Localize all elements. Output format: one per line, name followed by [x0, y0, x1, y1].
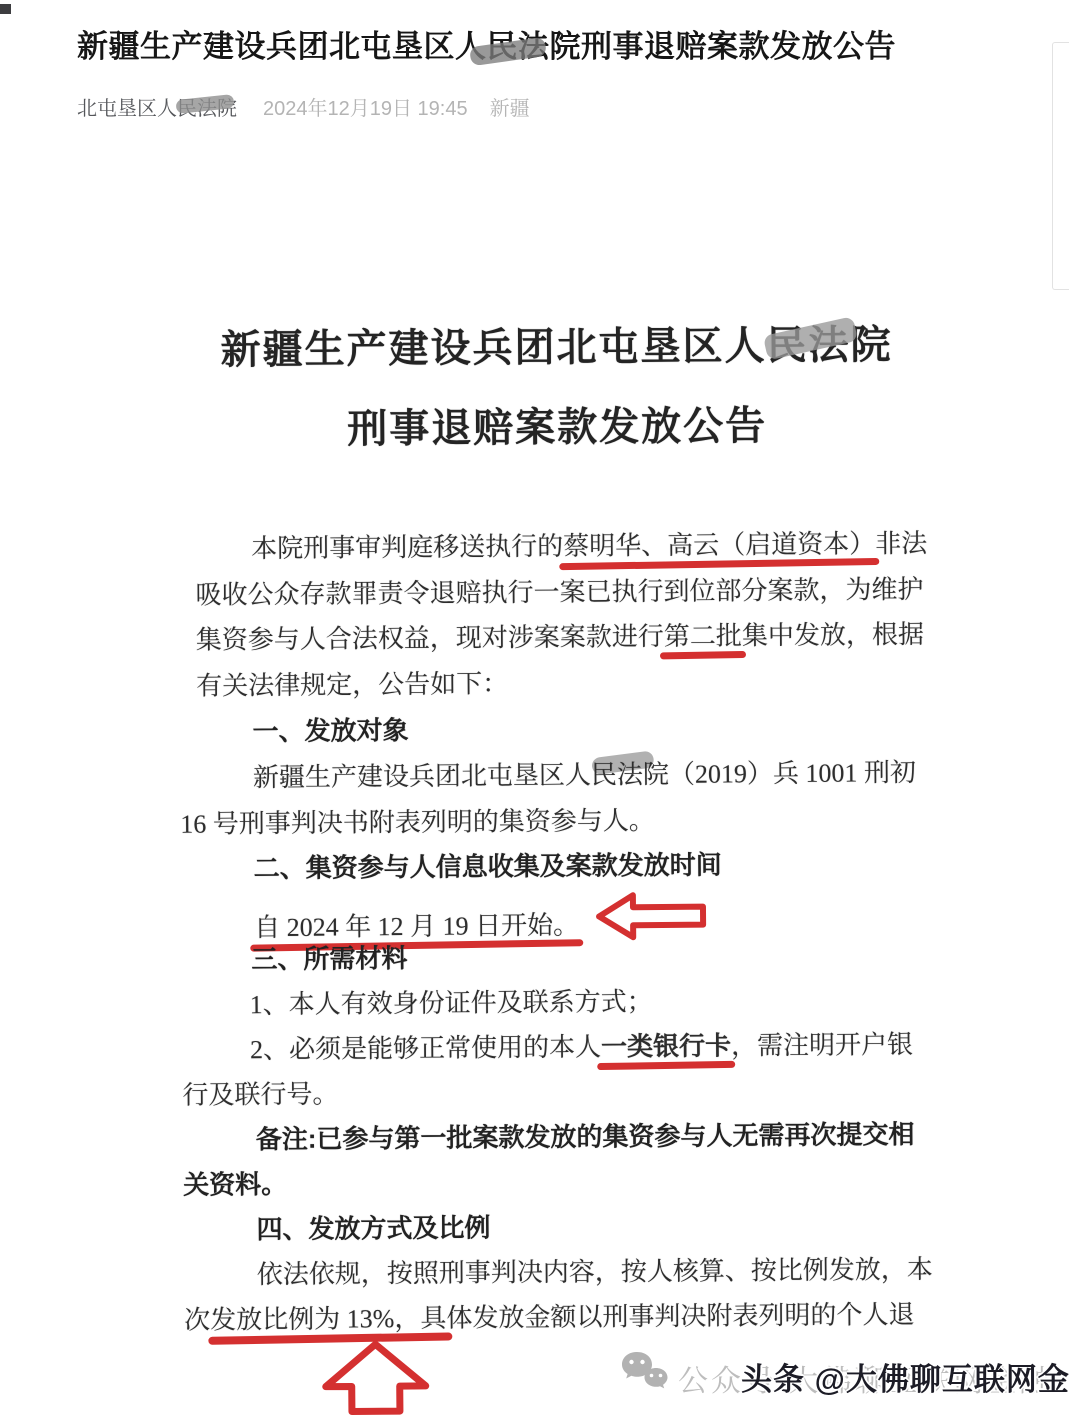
doc-text: 1、本人有效身份证件及联系方式； [250, 987, 653, 1019]
doc-text: 16 号刑事判决书附表列明的集资参与人。 [180, 806, 655, 839]
toutiao-watermark: 头条 @大佛聊互联网金融 [741, 1354, 1069, 1399]
doc-text: 吸收公众存款罪责令退赔执行一案已执行到位部分案款，为维护 [195, 575, 923, 610]
doc-section-heading: 三、所需材料 [251, 938, 407, 976]
doc-line: 行及联行号。 [182, 1074, 338, 1112]
red-arrow-left-icon [595, 891, 707, 942]
doc-text-underlined: 比例为 13% [262, 1304, 394, 1334]
doc-text: 行及联行号。 [182, 1080, 338, 1110]
red-arrow-up-icon [318, 1340, 433, 1417]
doc-section-heading: 四、发放方式及比例 [256, 1207, 490, 1246]
doc-text: 有关法律规定，公告如下： [196, 669, 508, 700]
article-meta: 北屯垦区人民法院2024年12月19日 19:45新疆 [77, 92, 530, 121]
doc-text: 集资参与人合法权益，现对涉案案款进行 [196, 622, 664, 655]
doc-line: 依法依规，按照刑事判决内容，按人核算、按比例发放，本 [257, 1249, 933, 1291]
doc-text: 本院刑事审判庭移送执行的 [251, 532, 563, 563]
wechat-icon [621, 1351, 669, 1395]
doc-line: 吸收公众存款罪责令退赔执行一案已执行到位部分案款，为维护 [195, 569, 923, 612]
doc-text: 非法 [875, 529, 927, 558]
doc-line-note: 备注:已参与第一批案款发放的集资参与人无需再次提交相 [256, 1114, 915, 1156]
doc-text: 2、必须是能够正常使用的本人 [250, 1032, 601, 1064]
doc-text-underlined: 第二批 [664, 621, 742, 651]
doc-text: 集中发放，根据 [742, 620, 924, 650]
doc-text-underlined: 蔡明华、高云（启道资本） [563, 529, 875, 560]
doc-text: 依法依规，按照刑事判决内容，按人核算、按比例发放，本 [257, 1255, 933, 1289]
scanned-document: 新疆生产建设兵团北屯垦区人民法院 刑事退赔案款发放公告 本院刑事审判庭移送执行的… [0, 146, 1069, 1417]
doc-line: 新疆生产建设兵团北屯垦区人民法院（2019）兵 1001 刑初 [253, 752, 916, 794]
doc-text: ，需注明开户银 [731, 1030, 913, 1060]
doc-line: 1、本人有效身份证件及联系方式； [250, 981, 653, 1021]
doc-line: 2、必须是能够正常使用的本人一类银行卡，需注明开户银 [250, 1024, 913, 1066]
doc-line: 集资参与人合法权益，现对涉案案款进行第二批集中发放，根据 [196, 614, 924, 657]
doc-text: 二、集资参与人信息收集及案款发放时间 [254, 850, 722, 884]
doc-line: 次发放比例为 13%，具体发放金额以刑事判决附表列明的个人退 [184, 1294, 914, 1337]
doc-section-heading: 一、发放对象 [252, 710, 408, 748]
doc-line: 本院刑事审判庭移送执行的蔡明华、高云（启道资本）非法 [251, 523, 927, 565]
doc-text-underlined: 自 2024 年 12 月 19 日开始。 [254, 911, 579, 943]
doc-text: 三、所需材料 [251, 943, 407, 974]
publish-date: 2024年12月19日 19:45 [263, 98, 468, 120]
doc-line: 有关法律规定，公告如下： [196, 663, 508, 702]
doc-line-date: 自 2024 年 12 月 19 日开始。 [254, 891, 707, 945]
doc-text: 四、发放方式及比例 [256, 1212, 490, 1244]
doc-text: 一、发放对象 [252, 715, 408, 746]
doc-text: 备注:已参与第一批案款发放的集资参与人无需再次提交相 [256, 1119, 915, 1154]
doc-line: 16 号刑事判决书附表列明的集资参与人。 [180, 800, 655, 841]
document-title-line2: 刑事退赔案款发放公告 [187, 393, 927, 456]
doc-line-note: 关资料。 [183, 1164, 287, 1202]
doc-section-heading: 二、集资参与人信息收集及案款发放时间 [253, 845, 721, 886]
doc-text-underlined: 一类银行卡 [601, 1031, 731, 1061]
doc-text: 新疆生产建设兵团北屯垦区人民法院（2019）兵 1001 刑初 [253, 758, 916, 792]
publish-location: 新疆 [490, 98, 530, 120]
doc-text: 次发放 [184, 1305, 262, 1335]
doc-text: 关资料。 [183, 1169, 287, 1200]
doc-text: ，具体发放金额以刑事判决附表列明的个人退 [394, 1300, 914, 1333]
page: { "colors": { "accent_red": "#d43030", "… [0, 0, 1069, 1417]
corner-mark [0, 4, 11, 14]
